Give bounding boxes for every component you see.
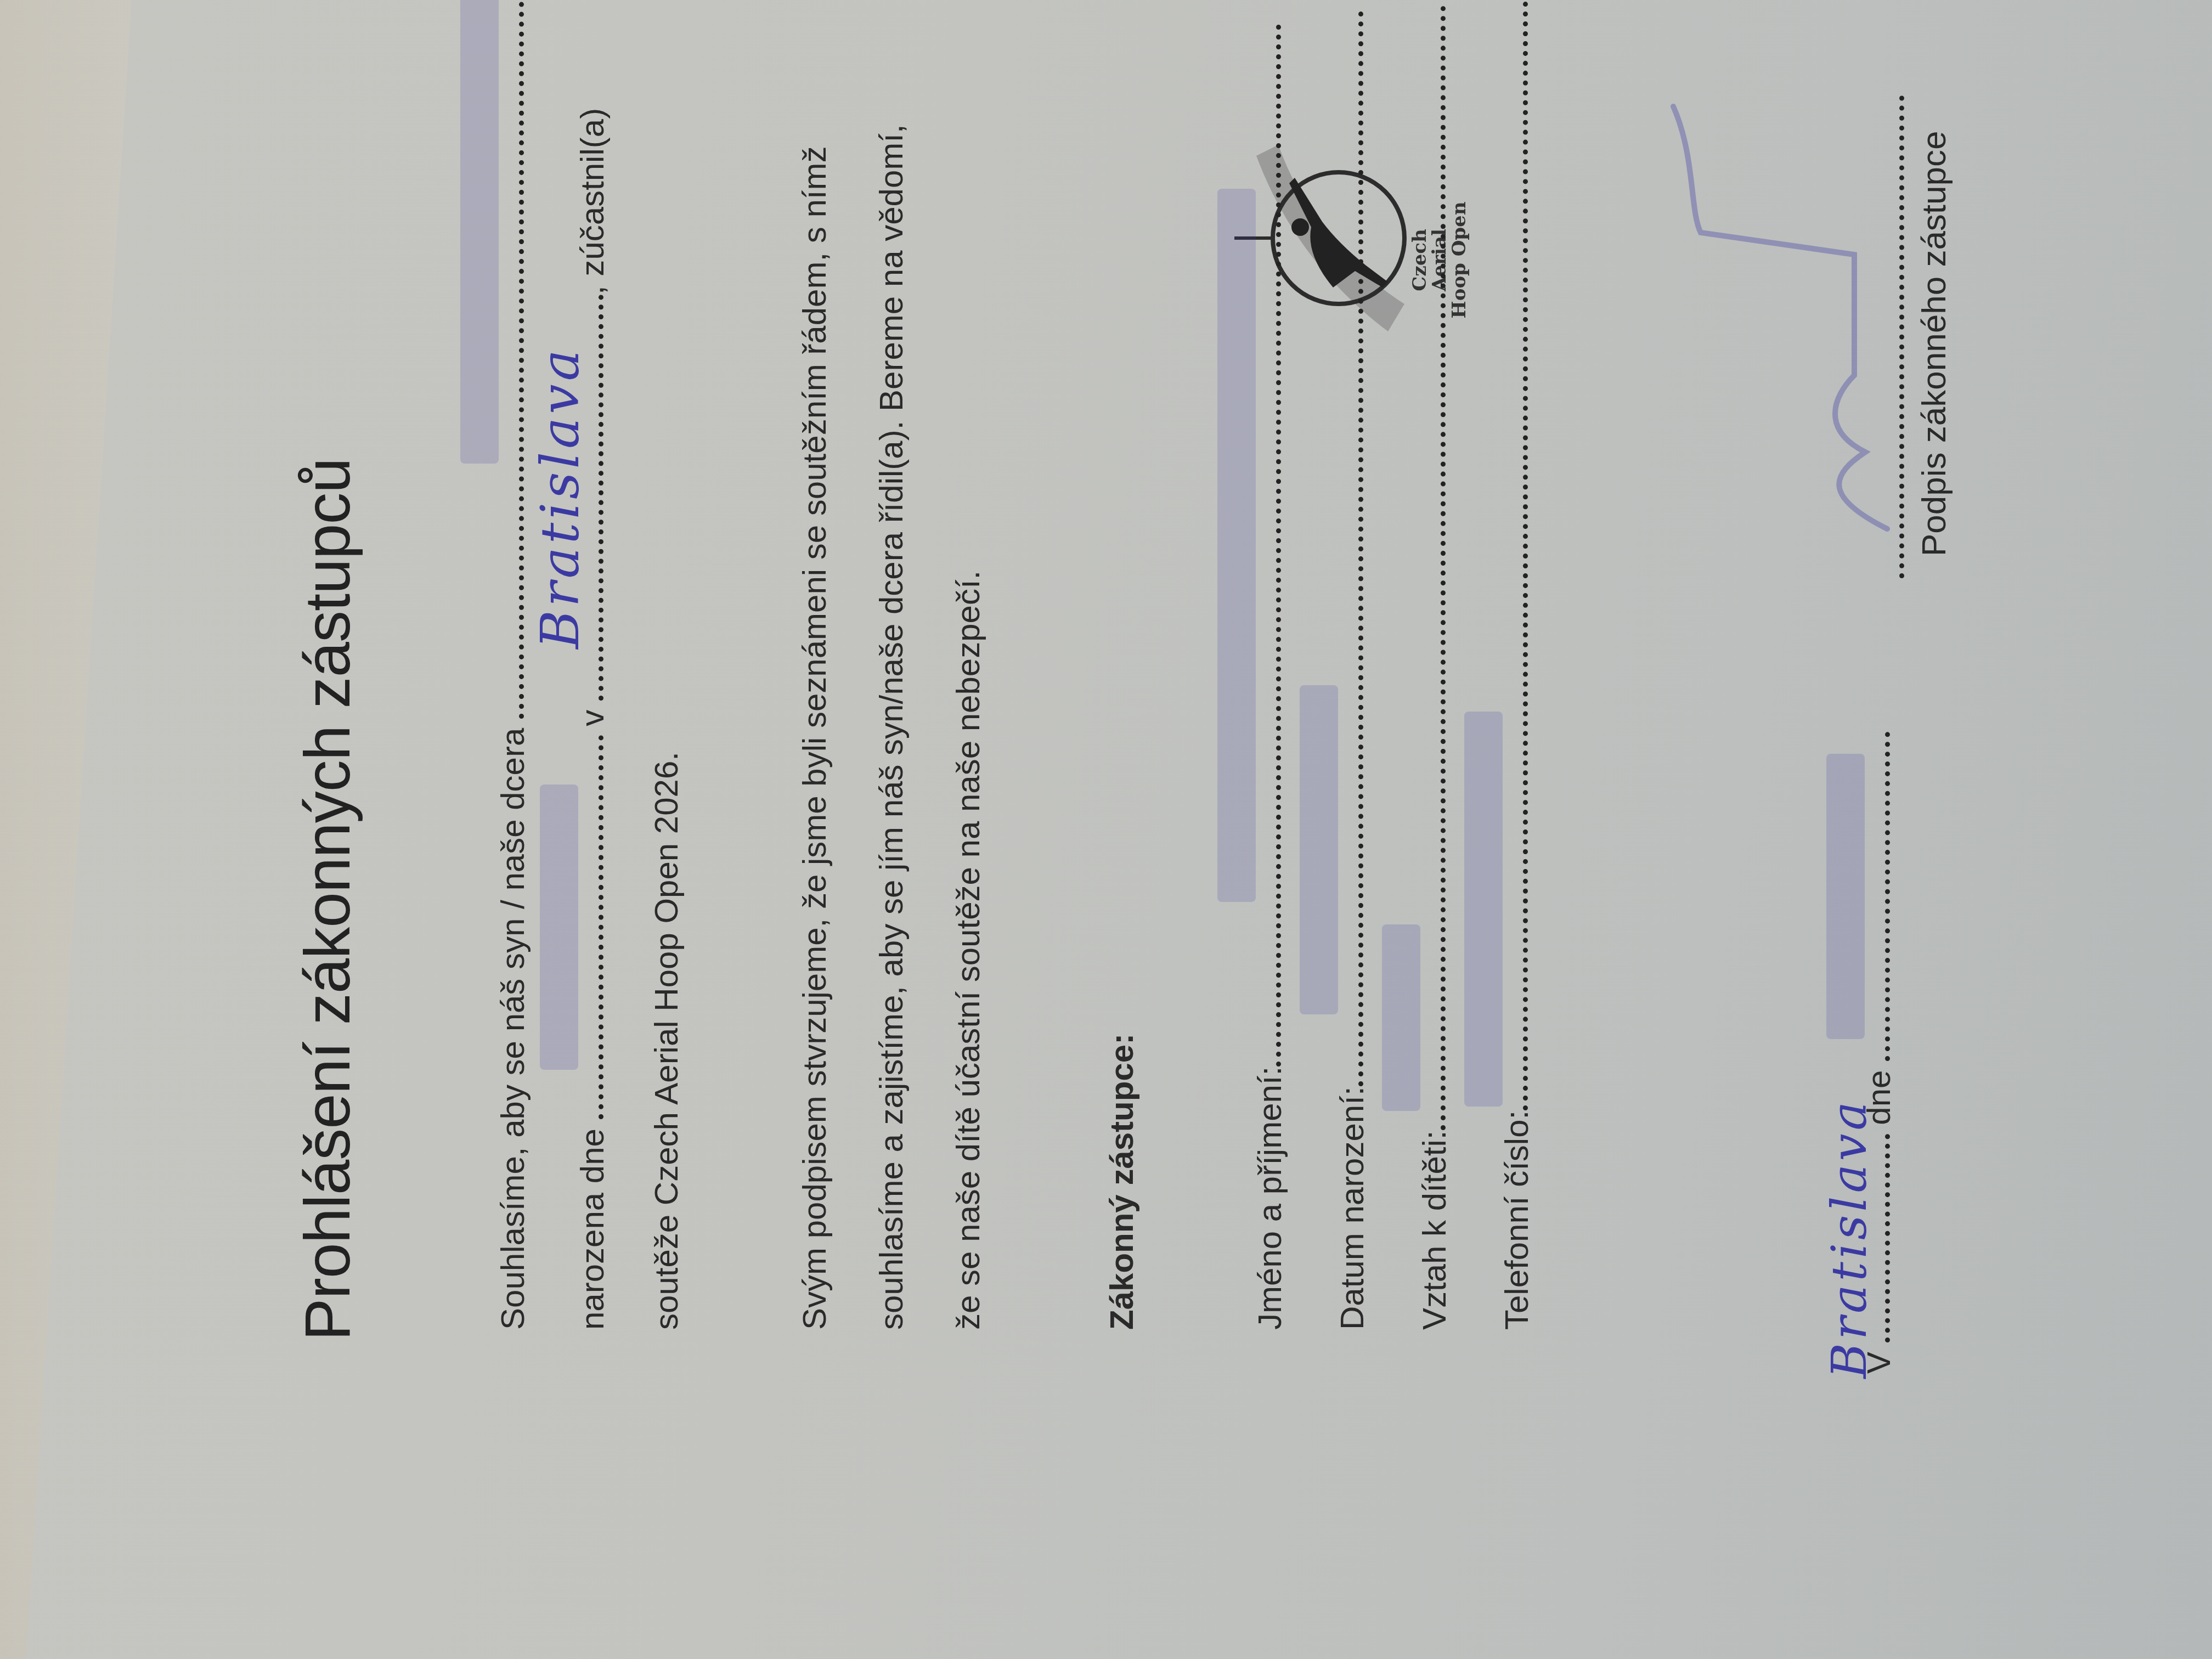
child-name-field[interactable] (496, 0, 524, 719)
guardian-name-input[interactable] (1253, 24, 1281, 1066)
form-page: Prohlášení zákonných zástupců Czech Aeri… (0, 0, 2212, 1659)
signature-redacted-mark (1657, 90, 1909, 540)
signing-place-value: Bratislava (1821, 1098, 1877, 1379)
child-birth-date-field[interactable] (575, 735, 603, 1119)
signing-date-field[interactable] (1862, 732, 1890, 1061)
statement-line-1: Svým podpisem stvrzujeme, že jsme byli s… (795, 146, 833, 1330)
statement-line-2: souhlasíme a zajistíme, aby se jím náš s… (872, 124, 910, 1330)
guardian-phone-value (1464, 712, 1503, 1107)
guardian-relation-value (1382, 924, 1420, 1111)
footer-place-date: V Bratislava dne (1860, 732, 1898, 1374)
consent-line-3: soutěže Czech Aerial Hoop Open 2026. (647, 752, 685, 1330)
guardian-relation-input[interactable] (1418, 5, 1446, 1130)
signature-caption: Podpis zákonného zástupce (1915, 131, 1954, 556)
child-birth-place-field[interactable]: Bratislava (575, 295, 603, 701)
child-name-value (460, 0, 499, 464)
guardian-field-relation: Vztah k dítěti: (1415, 5, 1453, 1330)
guardian-field-dob: Datum narození: (1333, 11, 1371, 1330)
statement-line-3: že se naše dítě účastní soutěže na naše … (949, 571, 987, 1330)
guardian-field-phone: Telefonní číslo: (1498, 0, 1536, 1330)
guardian-name-value (1217, 189, 1256, 902)
consent-line-1: Souhlasíme, aby se náš syn / naše dcera … (494, 0, 532, 1330)
child-birth-date-value (540, 785, 578, 1070)
guardian-field-name: Jméno a příjmení: (1251, 24, 1289, 1330)
child-birth-place-value: Bratislava (529, 346, 591, 649)
guardian-heading: Zákonný zástupce: (1103, 1034, 1141, 1330)
guardian-dob-input[interactable] (1335, 11, 1363, 1086)
signing-date-value (1826, 754, 1865, 1039)
guardian-dob-value (1300, 685, 1338, 1014)
signing-place-field[interactable]: Bratislava (1862, 1134, 1890, 1342)
page-title: Prohlášení zákonných zástupců (291, 458, 364, 1341)
consent-line-2: narozena dne v Bratislava , zúčastnil(a) (573, 108, 611, 1330)
guardian-phone-input[interactable] (1500, 0, 1528, 1110)
